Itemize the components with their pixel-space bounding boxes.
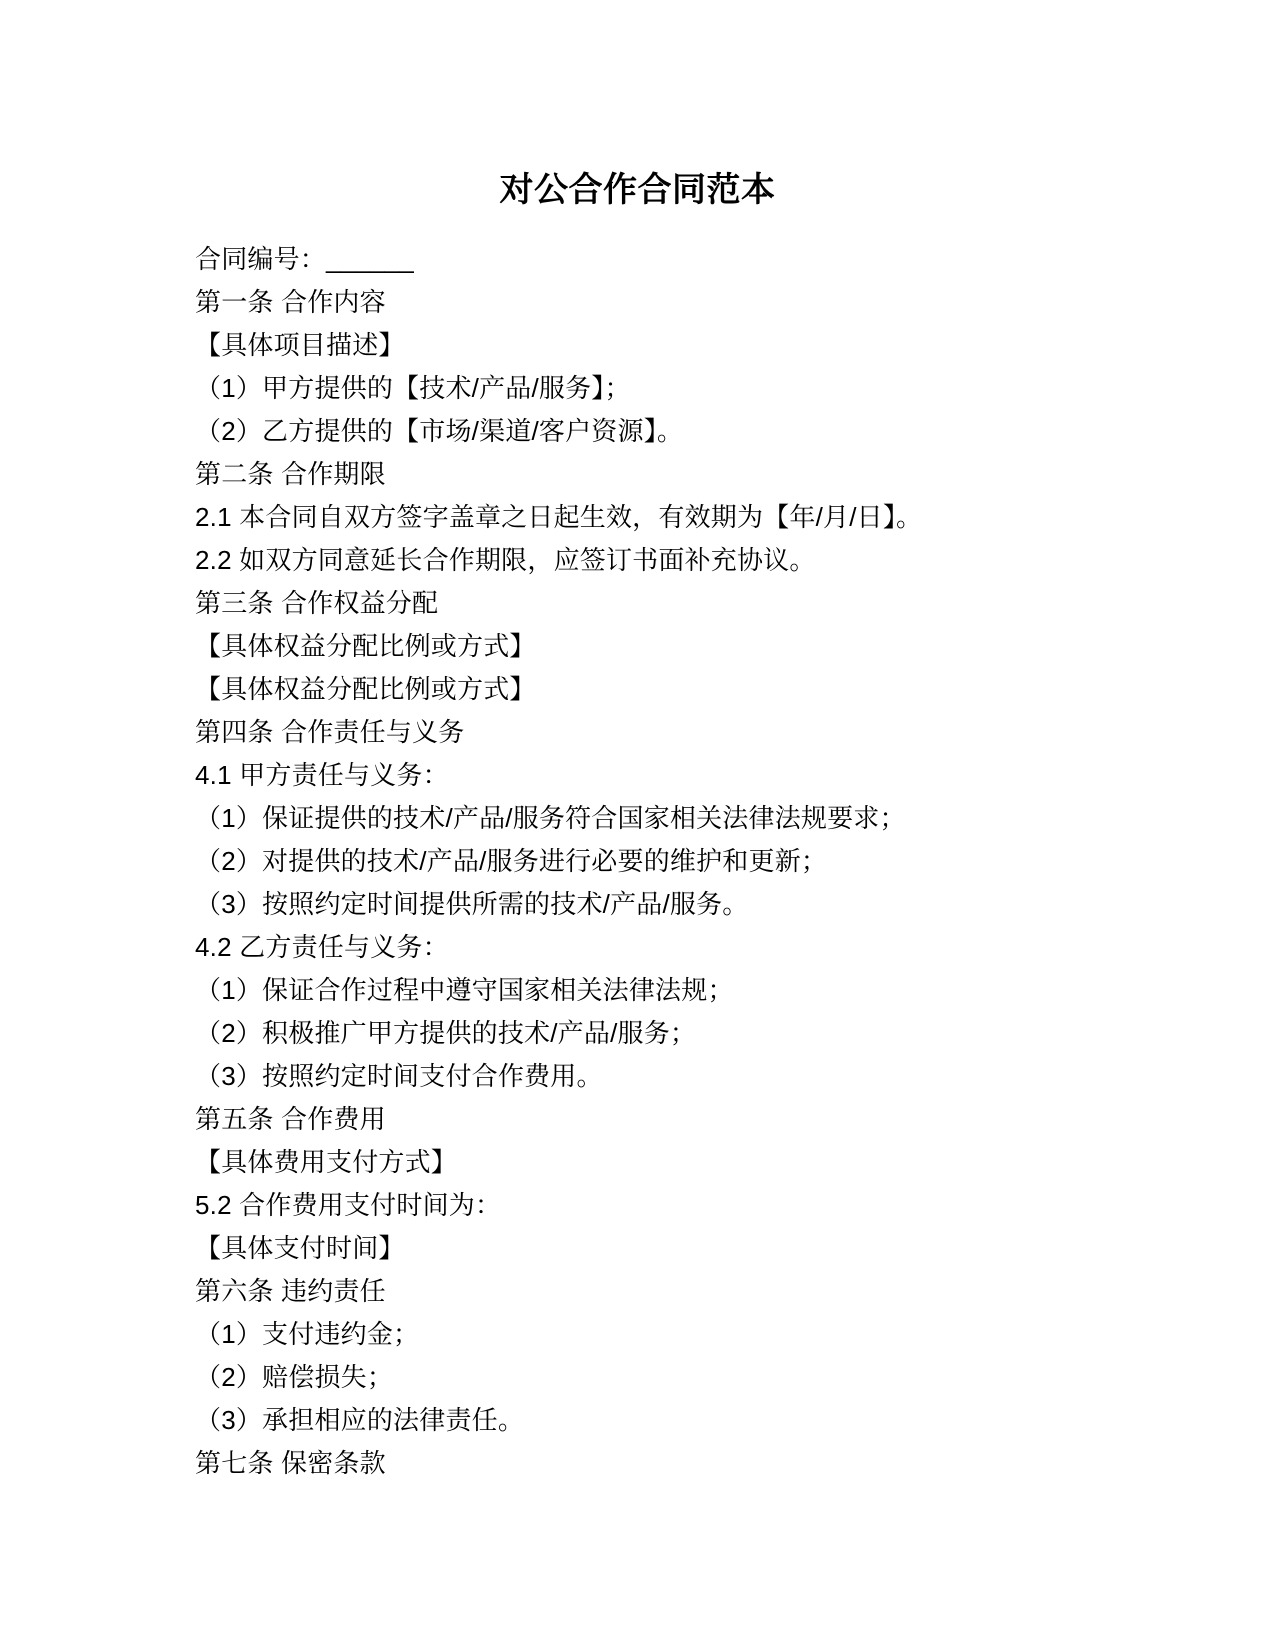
paragraph: 【具体支付时间】 [195, 1227, 1080, 1270]
paragraph: （1）保证合作过程中遵守国家相关法律法规； [195, 969, 1080, 1012]
paragraph: （2）积极推广甲方提供的技术/产品/服务； [195, 1012, 1080, 1055]
paragraph: 4.1 甲方责任与义务： [195, 754, 1080, 797]
paragraph: （1）甲方提供的【技术/产品/服务】； [195, 367, 1080, 410]
paragraph: （2）对提供的技术/产品/服务进行必要的维护和更新； [195, 840, 1080, 883]
paragraph: （1）保证提供的技术/产品/服务符合国家相关法律法规要求； [195, 797, 1080, 840]
paragraph: 2.1 本合同自双方签字盖章之日起生效，有效期为【年/月/日】。 [195, 496, 1080, 539]
document-title: 对公合作合同范本 [195, 168, 1080, 212]
paragraph: 【具体权益分配比例或方式】 [195, 668, 1080, 711]
paragraph: （1）支付违约金； [195, 1313, 1080, 1356]
paragraph: 第六条 违约责任 [195, 1270, 1080, 1313]
paragraph: 第七条 保密条款 [195, 1442, 1080, 1485]
paragraph: 合同编号：______ [195, 238, 1080, 281]
paragraph: （3）按照约定时间提供所需的技术/产品/服务。 [195, 883, 1080, 926]
paragraph: 第二条 合作期限 [195, 453, 1080, 496]
paragraph: （3）承担相应的法律责任。 [195, 1399, 1080, 1442]
paragraph: 2.2 如双方同意延长合作期限，应签订书面补充协议。 [195, 539, 1080, 582]
paragraph: 5.2 合作费用支付时间为： [195, 1184, 1080, 1227]
contract-document: 对公合作合同范本 合同编号：______第一条 合作内容【具体项目描述】（1）甲… [195, 168, 1080, 1485]
paragraph: 【具体权益分配比例或方式】 [195, 625, 1080, 668]
paragraph: （2）赔偿损失； [195, 1356, 1080, 1399]
document-page: 对公合作合同范本 合同编号：______第一条 合作内容【具体项目描述】（1）甲… [0, 0, 1275, 1650]
paragraph: 【具体项目描述】 [195, 324, 1080, 367]
paragraph: 第五条 合作费用 [195, 1098, 1080, 1141]
paragraph: 4.2 乙方责任与义务： [195, 926, 1080, 969]
paragraph: 【具体费用支付方式】 [195, 1141, 1080, 1184]
paragraph: 第四条 合作责任与义务 [195, 711, 1080, 754]
paragraph: 第一条 合作内容 [195, 281, 1080, 324]
paragraph: 第三条 合作权益分配 [195, 582, 1080, 625]
paragraph: （3）按照约定时间支付合作费用。 [195, 1055, 1080, 1098]
paragraph: （2）乙方提供的【市场/渠道/客户资源】。 [195, 410, 1080, 453]
document-body: 合同编号：______第一条 合作内容【具体项目描述】（1）甲方提供的【技术/产… [195, 238, 1080, 1485]
